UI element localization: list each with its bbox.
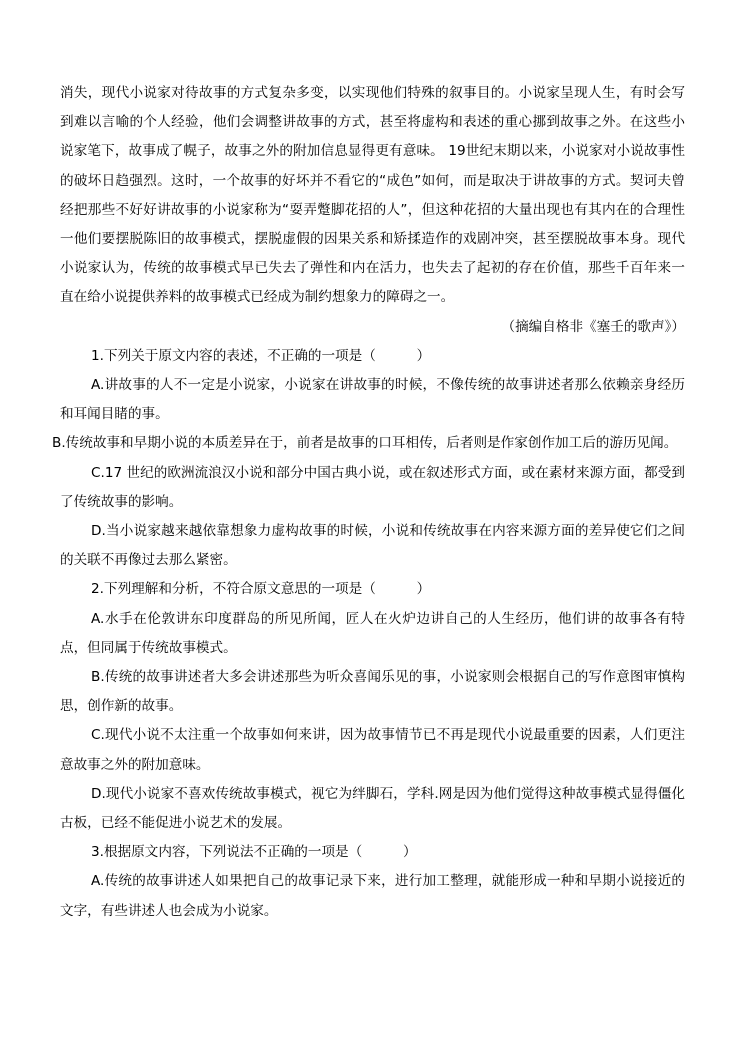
document-page: 消失，现代小说家对待故事的方式复杂多变，以实现他们特殊的叙事目的。小说家呈现人生…	[0, 0, 745, 1053]
question-2-option-c: C.现代小说不太注重一个故事如何来讲，因为故事情节已不再是现代小说最重要的因素，…	[60, 721, 685, 779]
question-3-stem: 3.根据原文内容，下列说法不正确的一项是（ ）	[60, 838, 685, 867]
document-content: 消失，现代小说家对待故事的方式复杂多变，以实现他们特殊的叙事目的。小说家呈现人生…	[60, 79, 685, 926]
question-1-option-c: C.17 世纪的欧洲流浪汉小说和部分中国古典小说，或在叙述形式方面，或在素材来源…	[60, 459, 685, 517]
question-1-option-a: A.讲故事的人不一定是小说家，小说家在讲故事的时候，不像传统的故事讲述者那么依赖…	[60, 371, 685, 429]
attribution-line: （摘编自格非《塞壬的歌声》）	[60, 313, 685, 342]
question-1-option-b: B.传统故事和早期小说的本质差异在于，前者是故事的口耳相传，后者则是作家创作加工…	[60, 429, 685, 458]
question-2-option-a: A.水手在伦敦讲东印度群岛的所见所闻，匠人在火炉边讲自己的人生经历，他们讲的故事…	[60, 605, 685, 663]
question-2-option-d: D.现代小说家不喜欢传统故事模式，视它为绊脚石，学科.网是因为他们觉得这种故事模…	[60, 780, 685, 838]
question-2-stem: 2.下列理解和分析，不符合原文意思的一项是（ ）	[60, 575, 685, 604]
question-3-option-a: A.传统的故事讲述人如果把自己的故事记录下来，进行加工整理，就能形成一种和早期小…	[60, 867, 685, 925]
question-2-option-b: B.传统的故事讲述者大多会讲述那些为听众喜闻乐见的事，小说家则会根据自己的写作意…	[60, 663, 685, 721]
question-1-option-d: D.当小说家越来越依靠想象力虚构故事的时候，小说和传统故事在内容来源方面的差异使…	[60, 517, 685, 575]
body-paragraph: 消失，现代小说家对待故事的方式复杂多变，以实现他们特殊的叙事目的。小说家呈现人生…	[60, 79, 685, 313]
question-1-stem: 1.下列关于原文内容的表述，不正确的一项是（ ）	[60, 342, 685, 371]
